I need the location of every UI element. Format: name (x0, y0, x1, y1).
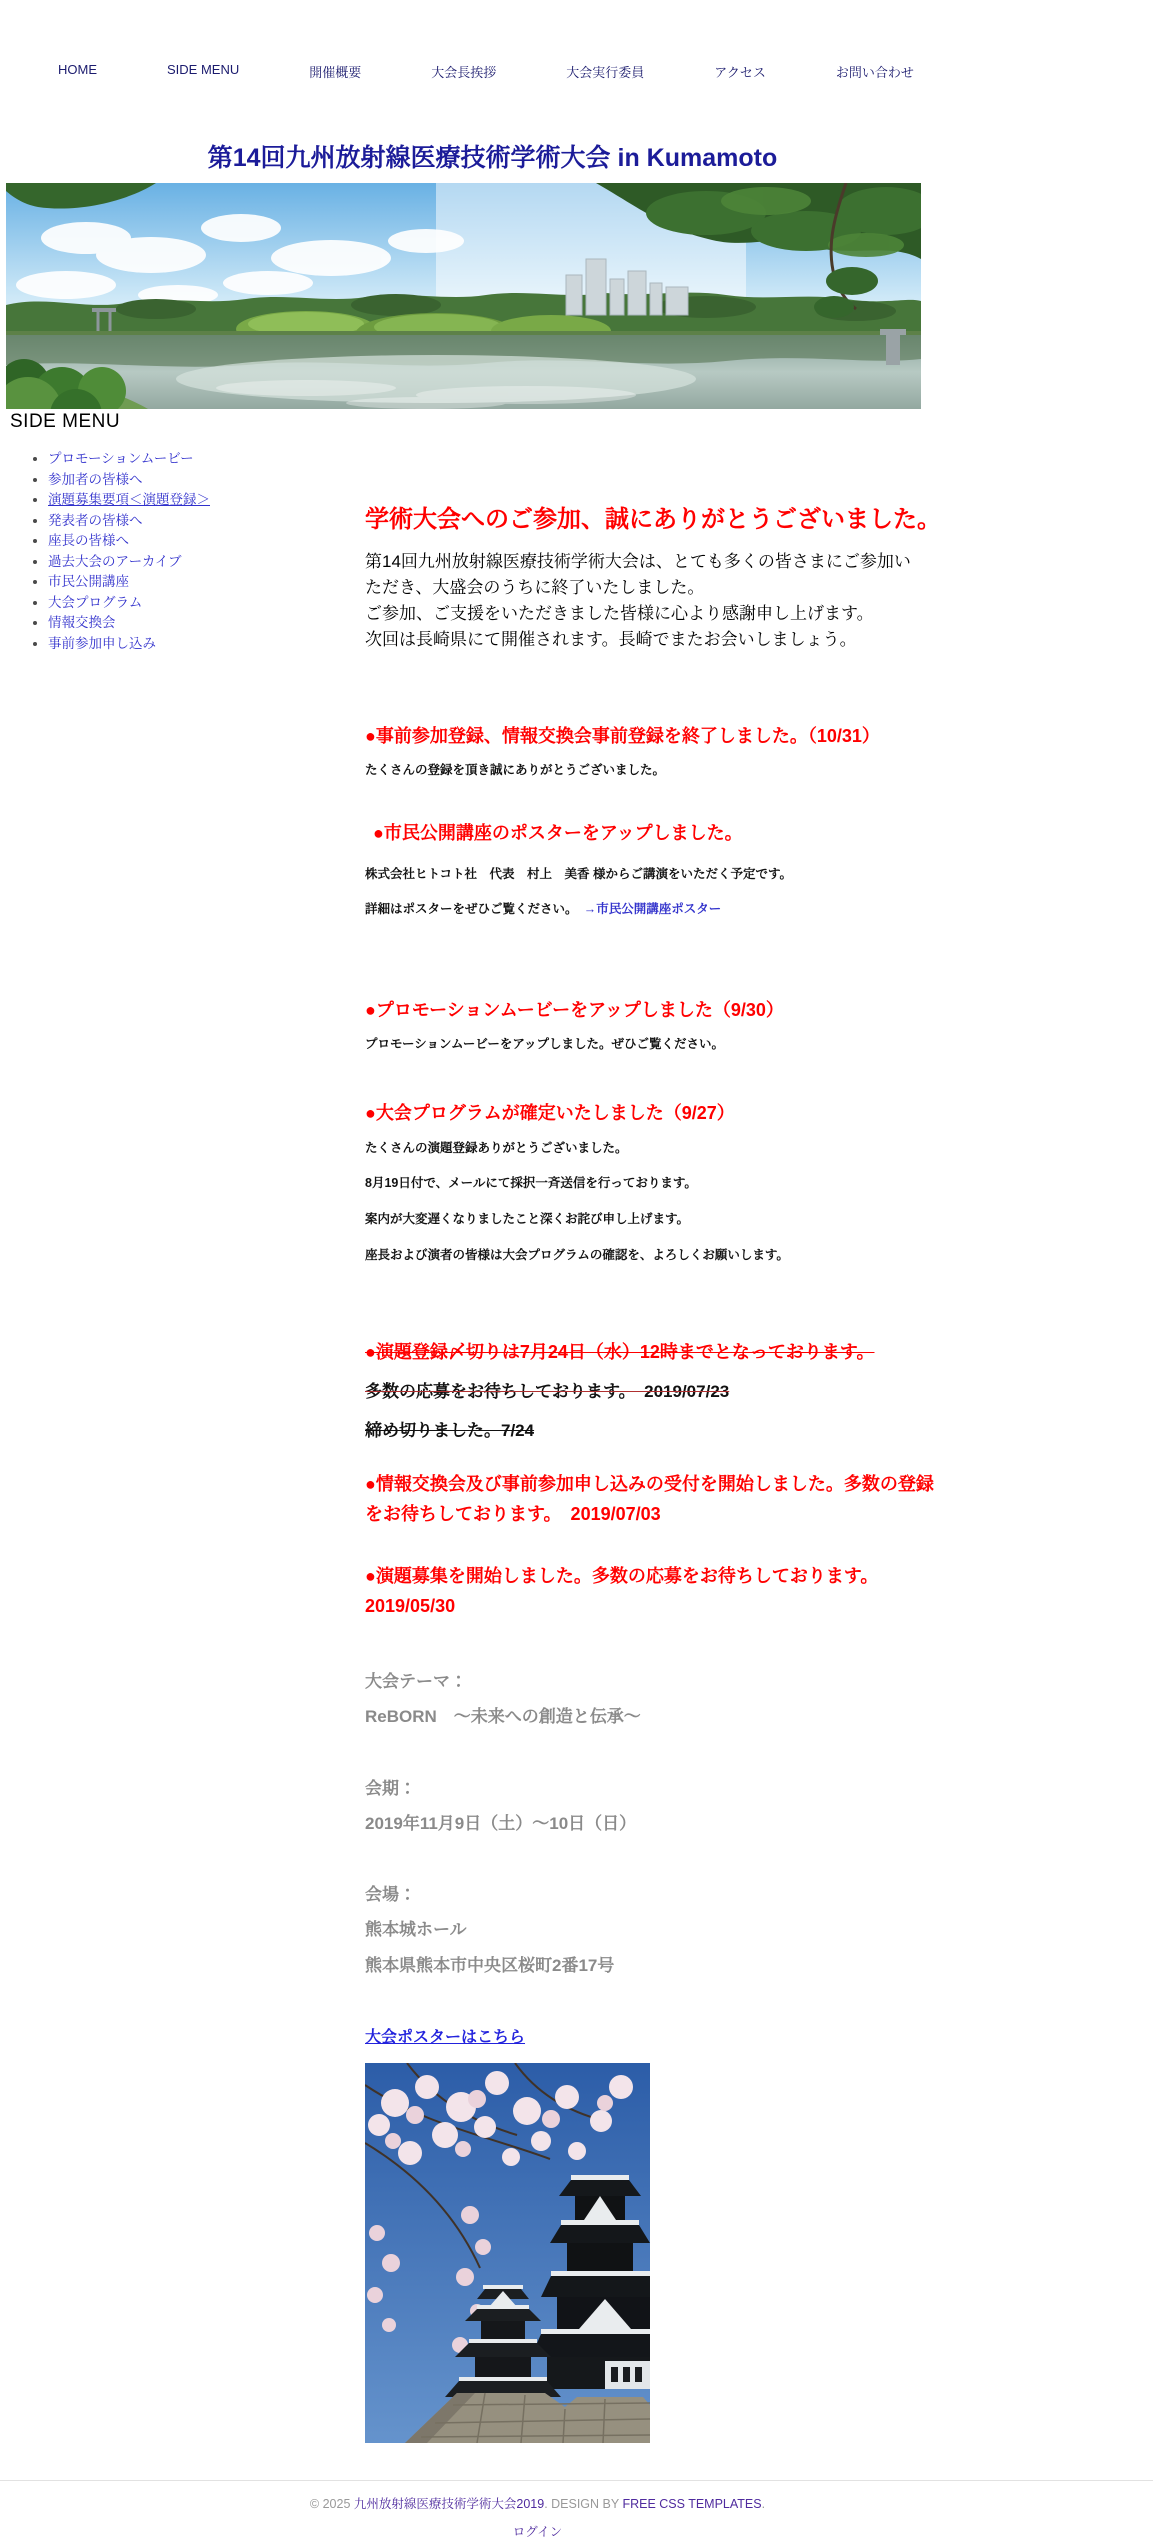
conference-dates-value: 2019年11月9日（土）〜10日（日） (365, 1813, 950, 1834)
news-call-for-abstracts: ●演題募集を開始しました。多数の応募をお待ちしております。 2019/05/30 (365, 1561, 950, 1621)
conference-theme-label: 大会テーマ： (365, 1671, 950, 1692)
sidebar-item-participants[interactable]: 参加者の皆様へ (33, 470, 365, 491)
news-public-lecture-detail: 詳細はポスターをぜひご覧ください。 →市民公開講座ポスター (365, 902, 950, 918)
news-deadline-struck-heading: ●演題登録〆切りは7月24日（水）12時までとなっております。 (365, 1341, 950, 1364)
poster-image (365, 2063, 650, 2443)
sidebar-item-presenters[interactable]: 発表者の皆様へ (33, 511, 365, 532)
sidebar-item-program[interactable]: 大会プログラム (33, 593, 365, 614)
news-public-lecture-speaker: 株式会社ヒトコト社 代表 村上 美香 様からご講演をいただく予定です。 (365, 867, 950, 883)
login-link[interactable]: ログイン (513, 2525, 562, 2539)
sidebar-heading: SIDE MENU (10, 411, 365, 433)
welcome-paragraph: 第14回九州放射線医療技術学術大会は、とても多くの皆さまにご参加い ただき、大盛… (365, 549, 950, 653)
sidebar: SIDE MENU プロモーションムービー 参加者の皆様へ 演題募集要項＜演題登… (0, 411, 365, 2443)
nav-item-side-menu[interactable]: SIDE MENU (167, 62, 239, 81)
conference-venue-address: 熊本県熊本市中央区桜町2番17号 (365, 1955, 950, 1976)
footer-copyright: © 2025 九州放射線医療技術学術大会2019. DESIGN BY FREE… (0, 2481, 1075, 2512)
news-promotion-movie-heading: ●プロモーションムービーをアップしました（9/30） (365, 1000, 950, 1022)
news-call-for-abstracts-line-1: ●演題募集を開始しました。多数の応募をお待ちしております。 (365, 1566, 878, 1586)
sidebar-item-promotion-movie[interactable]: プロモーションムービー (33, 449, 365, 470)
top-navigation: HOME SIDE MENU 開催概要 大会長挨拶 大会実行委員 アクセス お問… (0, 0, 1153, 81)
welcome-line-4: 次回は長崎県にて開催されます。長崎でまたお会いしましょう。 (365, 630, 857, 649)
welcome-heading: 学術大会へのご参加、誠にありがとうございました。 (365, 506, 950, 535)
news-program-line-4: 座長および演者の皆様は大会プログラムの確認を、よろしくお願いします。 (365, 1248, 950, 1264)
sidebar-item-social-gathering[interactable]: 情報交換会 (33, 613, 365, 634)
news-promotion-movie-body: プロモーションムービーをアップしました。ぜひご覧ください。 (365, 1037, 950, 1053)
copyright-middle: . DESIGN BY (544, 2497, 622, 2511)
welcome-line-1: 第14回九州放射線医療技術学術大会は、とても多くの皆さまにご参加い (365, 552, 911, 571)
news-program-fixed-heading: ●大会プログラムが確定いたしました（9/27） (365, 1103, 950, 1125)
footer-design-link[interactable]: FREE CSS TEMPLATES (622, 2497, 761, 2511)
conference-poster-link[interactable]: 大会ポスターはこちら (365, 2024, 525, 2047)
nav-item-executive-committee[interactable]: 大会実行委員 (566, 62, 644, 81)
news-program-line-3: 案内が大変遅くなりましたこと深くお詫び申し上げます。 (365, 1212, 950, 1228)
sidebar-item-pre-registration[interactable]: 事前参加申し込み (33, 634, 365, 655)
sidebar-menu: プロモーションムービー 参加者の皆様へ 演題募集要項＜演題登録＞ 発表者の皆様へ… (10, 449, 365, 654)
footer-site-link[interactable]: 九州放射線医療技術学術大会2019 (354, 2497, 544, 2511)
copyright-suffix: . (762, 2497, 765, 2511)
nav-item-president-greeting[interactable]: 大会長挨拶 (431, 62, 496, 81)
copyright-prefix: © 2025 (310, 2497, 354, 2511)
news-registration-open-line-1: ●情報交換会及び事前参加申し込みの受付を開始しました。多数の登録 (365, 1474, 934, 1494)
news-preregistration-closed-heading: ●事前参加登録、情報交換会事前登録を終了しました。（10/31） (365, 726, 950, 748)
news-registration-open-line-2: をお待ちしております。 2019/07/03 (365, 1504, 661, 1524)
content-row: SIDE MENU プロモーションムービー 参加者の皆様へ 演題募集要項＜演題登… (0, 411, 1153, 2443)
welcome-line-3: ご参加、ご支援をいただきました皆様に心より感謝申し上げます。 (365, 604, 874, 623)
news-call-for-abstracts-line-2: 2019/05/30 (365, 1596, 455, 1616)
conference-venue-label: 会場： (365, 1884, 950, 1905)
sidebar-item-past-archive[interactable]: 過去大会のアーカイブ (33, 552, 365, 573)
news-registration-open: ●情報交換会及び事前参加申し込みの受付を開始しました。多数の登録 をお待ちしてお… (365, 1469, 950, 1529)
public-lecture-poster-link[interactable]: →市民公開講座ポスター (584, 902, 722, 916)
nav-item-contact[interactable]: お問い合わせ (836, 62, 914, 81)
sidebar-item-abstract-submission[interactable]: 演題募集要項＜演題登録＞ (33, 490, 365, 511)
news-program-line-2: 8月19日付で、メールにて採択一斉送信を行っております。 (365, 1176, 950, 1192)
page: { "nav": { "items": [ {"label": "HOME"},… (0, 0, 1153, 2544)
news-deadline-closed: 締め切りました。7/24 (365, 1420, 950, 1441)
nav-item-access[interactable]: アクセス (714, 62, 766, 81)
welcome-line-2: ただき、大盛会のうちに終了いたしました。 (365, 578, 704, 597)
news-program-line-1: たくさんの演題登録ありがとうございました。 (365, 1141, 950, 1157)
nav-item-home[interactable]: HOME (58, 62, 97, 81)
news-preregistration-closed-body: たくさんの登録を頂き誠にありがとうございました。 (365, 763, 950, 779)
main-content: 学術大会へのご参加、誠にありがとうございました。 第14回九州放射線医療技術学術… (365, 411, 950, 2443)
nav-item-outline[interactable]: 開催概要 (309, 62, 361, 81)
footer: © 2025 九州放射線医療技術学術大会2019. DESIGN BY FREE… (0, 2480, 1153, 2540)
news-deadline-struck-body: 多数の応募をお待ちしております。 2019/07/23 (365, 1381, 950, 1402)
sidebar-item-chairs[interactable]: 座長の皆様へ (33, 531, 365, 552)
conference-dates-label: 会期： (365, 1778, 950, 1799)
conference-venue-name: 熊本城ホール (365, 1919, 950, 1940)
top-navigation-list: HOME SIDE MENU 開催概要 大会長挨拶 大会実行委員 アクセス お問… (58, 62, 1153, 81)
news-public-lecture-detail-text: 詳細はポスターをぜひご覧ください。 (365, 902, 584, 916)
sidebar-item-public-lecture[interactable]: 市民公開講座 (33, 572, 365, 593)
page-title: 第14回九州放射線医療技術学術大会 in Kumamoto (0, 138, 985, 174)
hero-image (6, 183, 921, 409)
conference-theme-value: ReBORN 〜未来への創造と伝承〜 (365, 1706, 950, 1727)
news-public-lecture-poster-heading: ●市民公開講座のポスターをアップしました。 (365, 823, 950, 845)
